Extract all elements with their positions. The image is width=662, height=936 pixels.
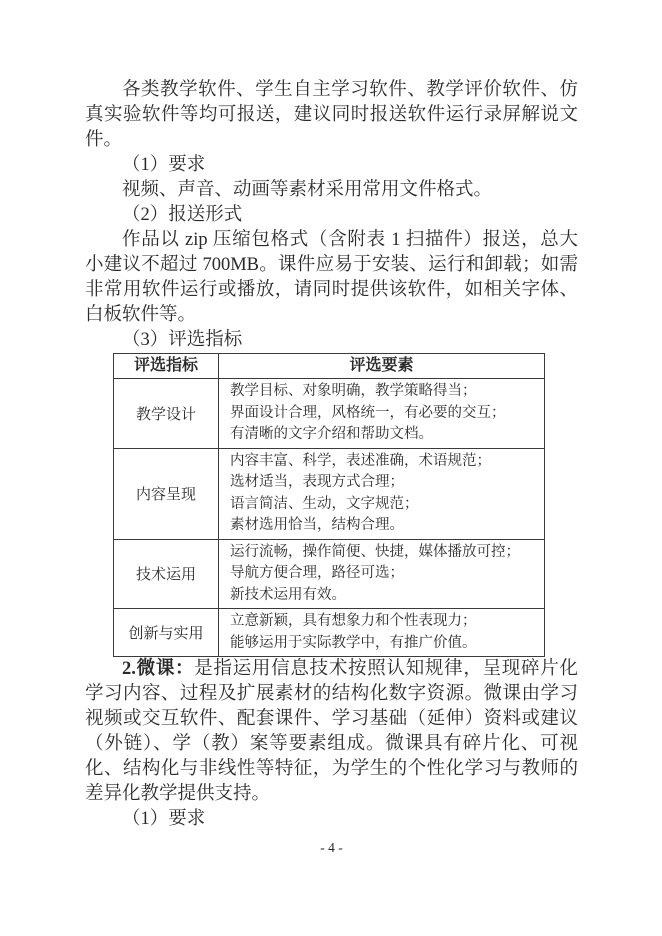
weike-definition-text: 是指运用信息技术按照认知规律，呈现碎片化学习内容、过程及扩展素材的结构化数字资源… xyxy=(85,659,578,804)
paragraph-zip-package: 作品以 zip 压缩包格式（含附表 1 扫描件）报送，总大小建议不超过 700M… xyxy=(85,228,578,328)
paragraph-software-types: 各类教学软件、学生自主学习软件、教学评价软件、仿真实验软件等均可报送，建议同时报… xyxy=(85,78,578,153)
factor-line: 运行流畅，操作简便、快捷，媒体播放可控； xyxy=(230,542,540,564)
evaluation-criteria-table: 评选指标 评选要素 教学设计 教学目标、对象明确，教学策略得当； 界面设计合理，… xyxy=(113,353,545,657)
factor-line: 有清晰的文字介绍和帮助文档。 xyxy=(230,424,540,446)
page-number: - 4 - xyxy=(85,839,578,857)
factor-line: 新技术运用有效。 xyxy=(230,585,540,607)
criterion-cell: 技术运用 xyxy=(114,539,219,609)
heading-item-1-requirements: （1）要求 xyxy=(85,153,578,178)
factors-cell: 教学目标、对象明确，教学策略得当； 界面设计合理，风格统一，有必要的交互； 有清… xyxy=(219,379,545,449)
table-row-teaching-design: 教学设计 教学目标、对象明确，教学策略得当； 界面设计合理，风格统一，有必要的交… xyxy=(114,379,545,449)
criterion-cell: 内容呈现 xyxy=(114,448,219,539)
factors-cell: 运行流畅，操作简便、快捷，媒体播放可控； 导航方便合理，路径可选； 新技术运用有… xyxy=(219,539,545,609)
column-header-criterion: 评选指标 xyxy=(114,354,219,379)
factor-line: 导航方便合理，路径可选； xyxy=(230,563,540,585)
criterion-cell: 创新与实用 xyxy=(114,609,219,657)
factors-cell: 立意新颖，具有想象力和个性表现力； 能够运用于实际教学中，有推广价值。 xyxy=(219,609,545,657)
paragraph-media-formats: 视频、声音、动画等素材采用常用文件格式。 xyxy=(85,178,578,203)
factor-line: 立意新颖，具有想象力和个性表现力； xyxy=(230,611,540,633)
factor-line: 能够运用于实际教学中，有推广价值。 xyxy=(230,633,540,655)
table-row-technology-use: 技术运用 运行流畅，操作简便、快捷，媒体播放可控； 导航方便合理，路径可选； 新… xyxy=(114,539,545,609)
table-row-innovation-practicality: 创新与实用 立意新颖，具有想象力和个性表现力； 能够运用于实际教学中，有推广价值… xyxy=(114,609,545,657)
table-header-row: 评选指标 评选要素 xyxy=(114,354,545,379)
factor-line: 内容丰富、科学，表述准确，术语规范； xyxy=(230,451,540,473)
factor-line: 界面设计合理，风格统一，有必要的交互； xyxy=(230,403,540,425)
table-row-content-presentation: 内容呈现 内容丰富、科学，表述准确，术语规范； 选材适当，表现方式合理； 语言简… xyxy=(114,448,545,539)
criterion-cell: 教学设计 xyxy=(114,379,219,449)
document-page: 各类教学软件、学生自主学习软件、教学评价软件、仿真实验软件等均可报送，建议同时报… xyxy=(0,0,662,936)
column-header-factors: 评选要素 xyxy=(219,354,545,379)
weike-term-label: 2.微课： xyxy=(122,659,194,679)
factors-cell: 内容丰富、科学，表述准确，术语规范； 选材适当，表现方式合理； 语言简洁、生动，… xyxy=(219,448,545,539)
heading-item-1b-requirements: （1）要求 xyxy=(85,807,578,832)
paragraph-weike-definition: 2.微课：是指运用信息技术按照认知规律，呈现碎片化学习内容、过程及扩展素材的结构… xyxy=(85,657,578,807)
factor-line: 素材选用恰当，结构合理。 xyxy=(230,515,540,537)
heading-item-3-evaluation-criteria: （3）评选指标 xyxy=(85,328,578,353)
factor-line: 选材适当，表现方式合理； xyxy=(230,472,540,494)
factor-line: 语言简洁、生动，文字规范； xyxy=(230,494,540,516)
factor-line: 教学目标、对象明确，教学策略得当； xyxy=(230,381,540,403)
heading-item-2-submission-format: （2）报送形式 xyxy=(85,203,578,228)
